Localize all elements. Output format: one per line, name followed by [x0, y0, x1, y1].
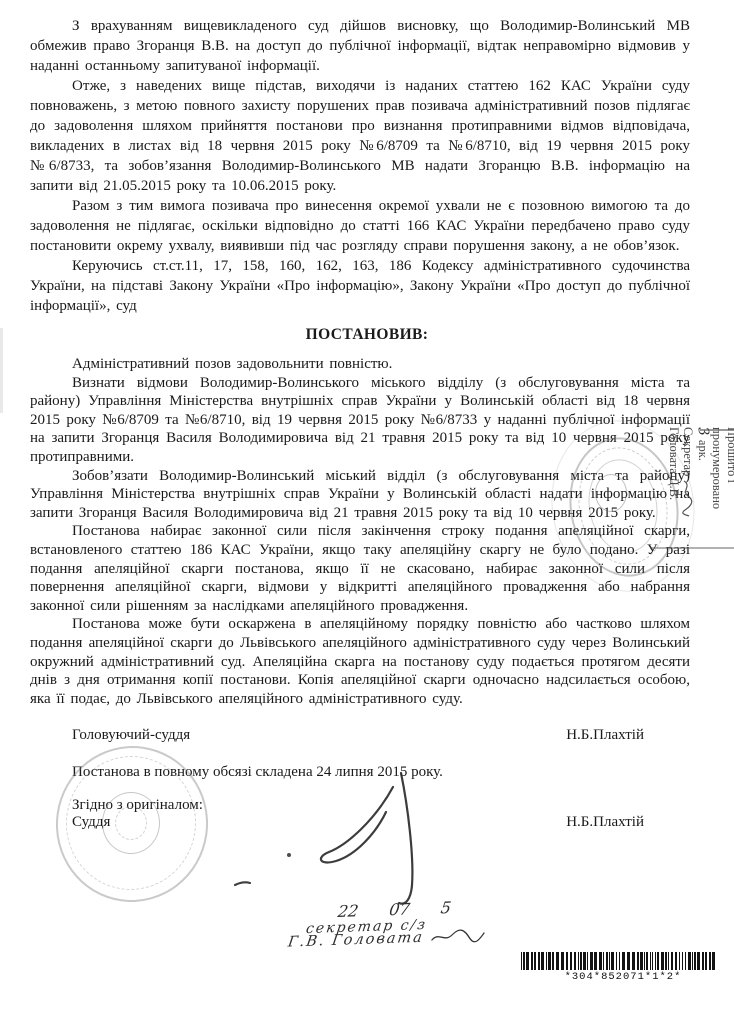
barcode-text: *304*852071*1*2* [521, 971, 725, 983]
stamp-line-numbered: пронумеровано [710, 427, 725, 585]
stamp-frame-line-top [700, 429, 734, 431]
scanned-court-decision-page: З врахуванням вищевикладеного суд дійшов… [0, 0, 734, 1024]
stamp-line-secretary: Секретар [681, 427, 696, 585]
resolution-paragraph-1: Адміністративний позов задовольнити повн… [30, 355, 690, 374]
handwritten-sheet-count: 3 [695, 426, 711, 437]
signature-ink-dot [287, 853, 291, 857]
stamp-line-sheet-count: 3арк. [695, 427, 710, 585]
court-seal-left-center [115, 806, 147, 840]
court-seal-right-center [595, 474, 627, 512]
clerk-signature-squiggle [429, 927, 487, 945]
stitched-numbered-stamp: Прошито і пронумеровано 3арк. Секретар Г… [663, 427, 734, 585]
body-paragraph-3: Разом з тим вимога позивача про винесенн… [30, 196, 690, 256]
secretary-signature-squiggle [681, 479, 693, 517]
body-paragraph-2: Отже, з наведених вище підстав, виходячи… [30, 76, 690, 196]
stamp-secretary-name: Головата Д.В. [666, 427, 681, 585]
barcode-bars [521, 952, 723, 970]
presiding-judge-row: Головуючий-суддя Н.Б.Плахтій [72, 727, 644, 744]
body-paragraph-4: Керуючись ст.ст.11, 17, 158, 160, 162, 1… [30, 256, 690, 316]
barcode: *304*852071*1*2* [521, 952, 725, 983]
judge-name: Н.Б.Плахтій [566, 814, 644, 831]
resolution-paragraph-5: Постанова може бути оскаржена в апеляцій… [30, 615, 690, 708]
presiding-judge-label: Головуючий-суддя [72, 727, 190, 744]
document-body-top: З врахуванням вищевикладеного суд дійшов… [30, 0, 690, 316]
sheet-count-suffix: арк. [696, 440, 710, 461]
resolution-heading: ПОСТАНОВИВ: [0, 326, 734, 344]
scan-edge-artifact [0, 328, 3, 413]
stamp-frame-line-bottom [650, 547, 734, 549]
stamp-line-stitched: Прошито і [724, 427, 734, 585]
stamp-secretary-label: Секретар [681, 427, 695, 476]
body-paragraph-1: З врахуванням вищевикладеного суд дійшов… [30, 16, 690, 76]
judge-pen-signature [225, 765, 455, 920]
presiding-judge-name: Н.Б.Плахтій [566, 727, 644, 744]
handwritten-secretary-name-text: Г.В. Головата [287, 930, 425, 951]
